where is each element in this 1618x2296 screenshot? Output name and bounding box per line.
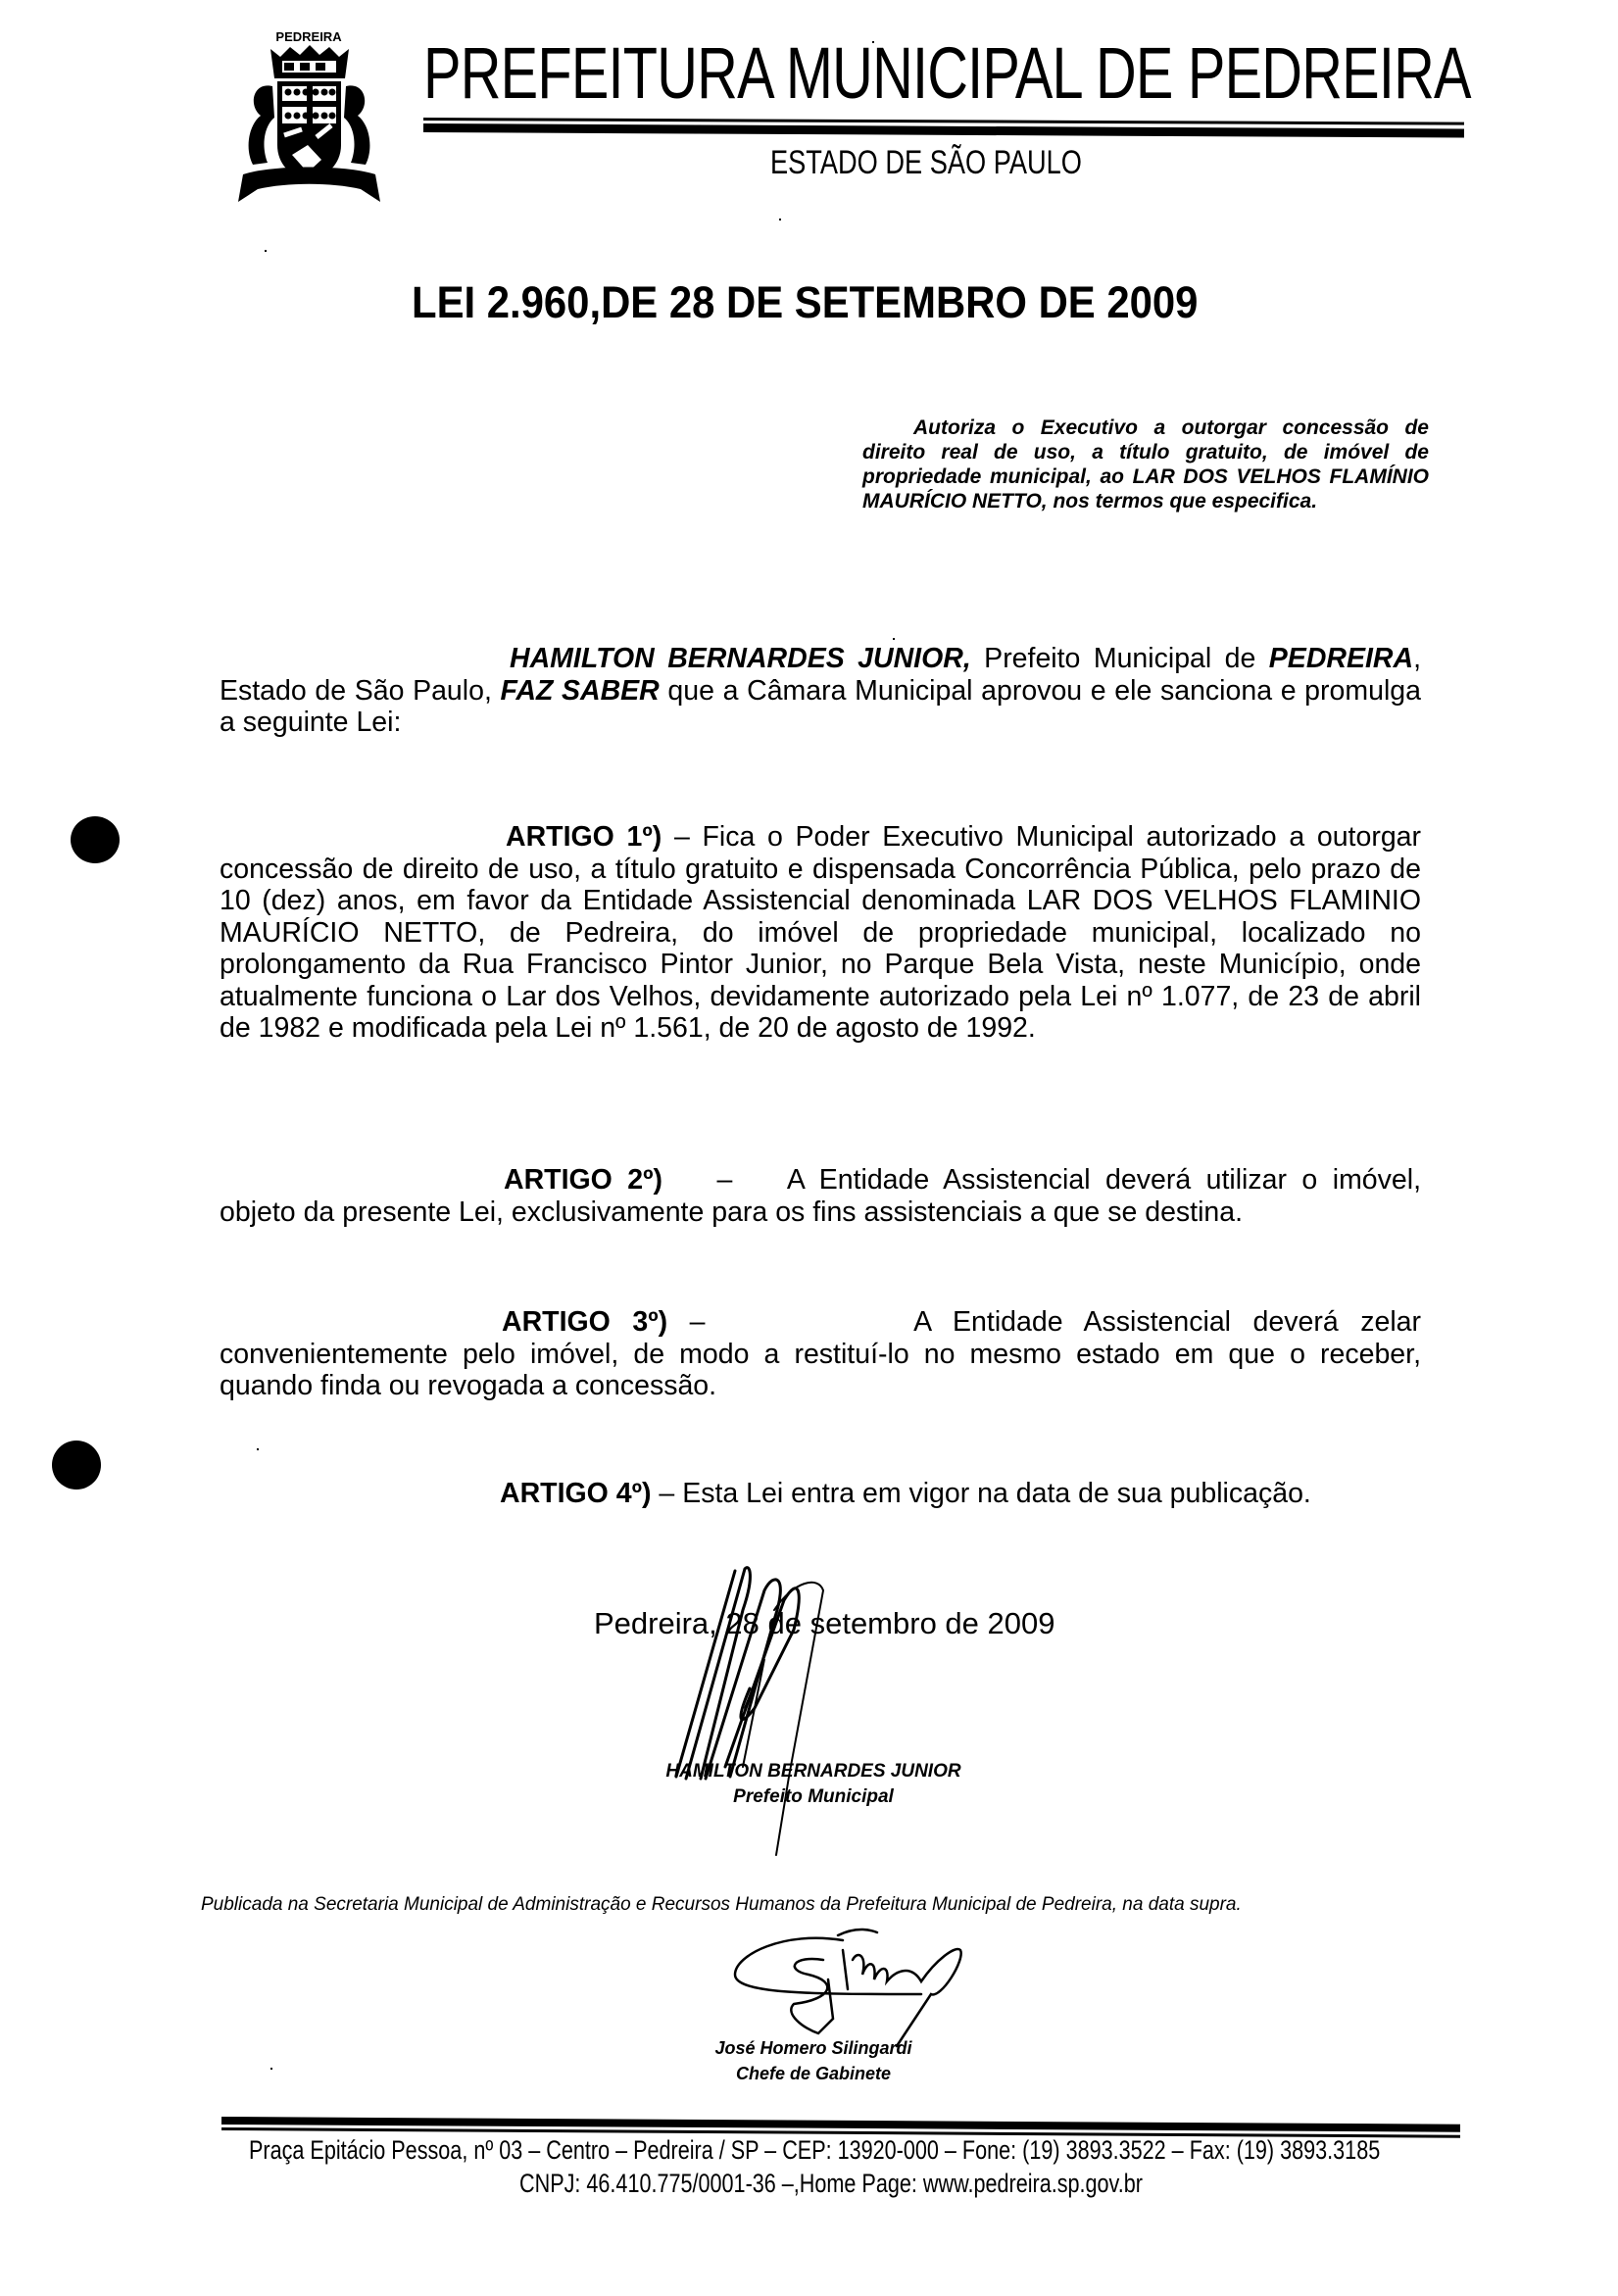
article-4: ARTIGO 4º) – Esta Lei entra em vigor na … — [500, 1478, 1311, 1509]
article-2: ARTIGO 2º) – A Entidade Assistencial dev… — [220, 1164, 1421, 1228]
article-1-label: ARTIGO 1º) — [506, 821, 662, 853]
footer-cnpj-homepage: CNPJ: 46.410.775/0001-36 –,Home Page: ww… — [519, 2171, 1143, 2197]
faz-saber: FAZ SABER — [501, 675, 660, 707]
article-2-separator: – — [702, 1164, 748, 1196]
scan-speck — [893, 638, 895, 640]
enactment-text-1: Prefeito Municipal de — [971, 643, 1269, 674]
signatory-2-role: Chefe de Gabinete — [588, 2062, 1039, 2085]
law-summary-text: Autoriza o Executivo a outorgar concessã… — [862, 416, 1429, 513]
scan-speck — [257, 1448, 259, 1450]
mayor-signature — [627, 1551, 1000, 1875]
article-3-text: A Entidade Assistencial deverá zelar con… — [220, 1306, 1421, 1401]
state-name: ESTADO DE SÃO PAULO — [770, 146, 1082, 179]
article-4-separator: – — [652, 1478, 683, 1509]
article-4-text: Esta Lei entra em vigor na data de sua p… — [682, 1478, 1311, 1509]
enactment-clause: HAMILTON BERNARDES JUNIOR, Prefeito Muni… — [220, 643, 1421, 739]
scan-speck — [872, 41, 874, 43]
article-3-label: ARTIGO 3º) — [502, 1306, 667, 1338]
punch-hole — [71, 816, 120, 863]
header-rule-thick — [423, 123, 1464, 138]
footer-address: Praça Epitácio Pessoa, nº 03 – Centro – … — [249, 2137, 1380, 2164]
scan-speck — [265, 250, 267, 252]
article-4-label: ARTIGO 4º) — [500, 1478, 652, 1509]
signatory-2-name: José Homero Silingardi — [588, 2036, 1039, 2060]
scan-speck — [270, 2068, 272, 2070]
law-summary: Autoriza o Executivo a outorgar concessã… — [862, 415, 1429, 513]
article-3-separator: – — [667, 1306, 727, 1338]
city-name: PEDREIRA — [1269, 643, 1413, 674]
scan-speck — [779, 219, 781, 220]
punch-hole — [52, 1441, 101, 1490]
coat-of-arms-logo: PEDREIRA — [223, 27, 395, 204]
article-3: ARTIGO 3º) – A Entidade Assistencial dev… — [220, 1306, 1421, 1402]
article-1-separator: – — [662, 821, 702, 853]
article-1: ARTIGO 1º) – Fica o Poder Executivo Muni… — [220, 821, 1421, 1045]
organization-name: PREFEITURA MUNICIPAL DE PEDREIRA — [423, 37, 1471, 110]
article-2-text: A Entidade Assistencial deverá utilizar … — [220, 1164, 1421, 1228]
signatory-1-role: Prefeito Municipal — [637, 1785, 990, 1809]
logo-caption: PEDREIRA — [275, 29, 342, 44]
article-2-label: ARTIGO 2º) — [504, 1164, 662, 1196]
law-title: LEI 2.960,DE 28 DE SETEMBRO DE 2009 — [412, 280, 1198, 324]
chief-of-staff-signature — [725, 1921, 1000, 2048]
article-1-text: Fica o Poder Executivo Municipal autoriz… — [220, 821, 1421, 1044]
signatory-1-name: HAMILTON BERNARDES JUNIOR — [637, 1760, 990, 1783]
publication-note: Publicada na Secretaria Municipal de Adm… — [201, 1893, 1416, 1917]
mayor-name: HAMILTON BERNARDES JUNIOR, — [510, 643, 971, 674]
